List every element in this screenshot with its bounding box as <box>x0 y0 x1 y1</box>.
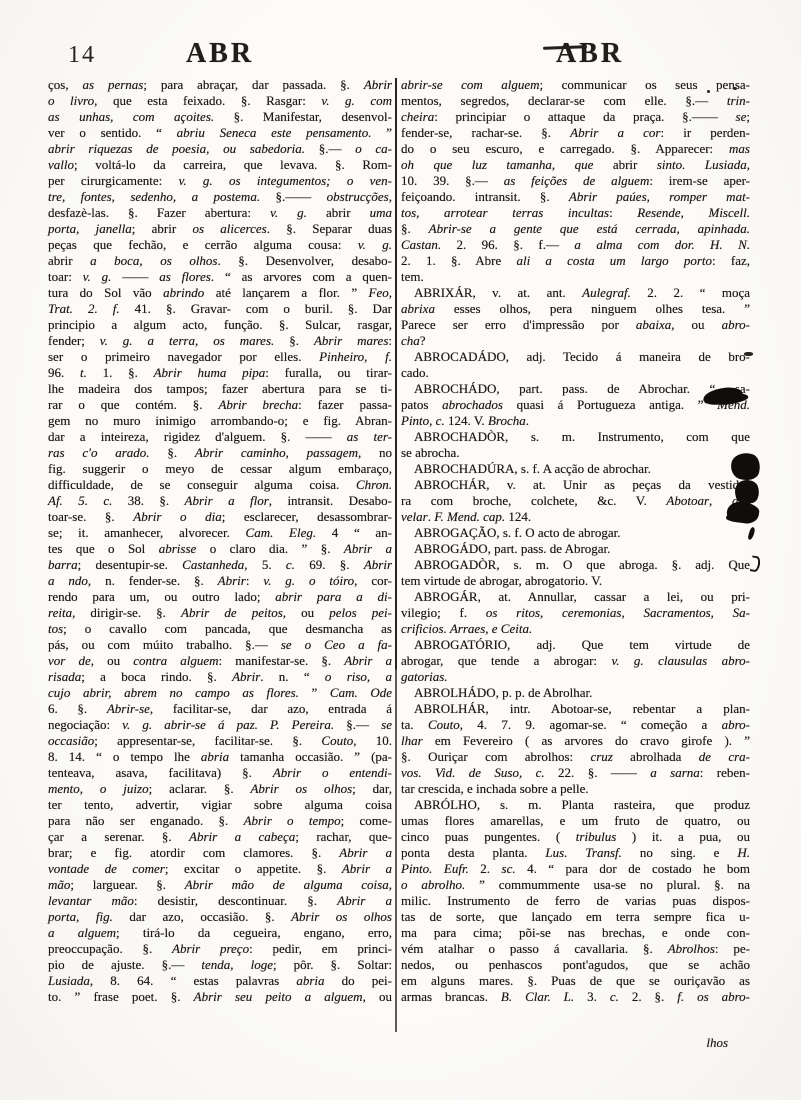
text-line: peças que fechão, e cerrão alguma cousa:… <box>48 237 392 253</box>
text-line: çar a serenar. §. Abrir a cabeça; rachar… <box>48 829 392 845</box>
text-line: Lusiada, 8. 64. “ estas palavras abria d… <box>48 973 392 989</box>
text-line: para não ser enganado. §. Abrir o tempo;… <box>48 813 392 829</box>
text-line: ABROGÁR, at. Annullar, cassar a lei, ou … <box>401 589 750 605</box>
text-line: patos abrochados quasi á Portugueza anti… <box>401 397 750 413</box>
text-column-right: abrir-se com alguem; communicar os seus … <box>401 77 750 1051</box>
text-line: tos; o cavallo com pancada, que desmanch… <box>48 621 392 637</box>
text-line: gem no muro inimigo arrombando-o; e fig.… <box>48 413 392 429</box>
text-line: abrir riquezas de poesia, ou sabedoria. … <box>48 141 392 157</box>
text-line: Castan. 2. 96. §. f.— a alma com dor. H.… <box>401 237 750 253</box>
text-line: pio de ajuste. §.— tenda, loge; pôr. §. … <box>48 957 392 973</box>
text-line: risada; a boca rindo. §. Abrir. n. “ o r… <box>48 669 392 685</box>
text-line: vos. Vid. de Suso, c. 22. §. —— a sarna:… <box>401 765 750 781</box>
text-line: desfazè-las. §. Fazer abertura: v. g. ab… <box>48 205 392 221</box>
catchword: lhos <box>401 1035 750 1051</box>
text-line: difficuldade, de se conseguir alguma coi… <box>48 477 392 493</box>
text-line: occasião; appresentar-se, facilitar-se. … <box>48 733 392 749</box>
text-line: tos, arrotear terras incultas: Resende, … <box>401 205 750 221</box>
text-line: tenteava, asava, facilitava) §. Abrir o … <box>48 765 392 781</box>
text-line: negociação: v. g. abrir-se á paz. P. Per… <box>48 717 392 733</box>
text-line: as unhas, com açoites. §. Manifestar, de… <box>48 109 392 125</box>
text-line: tem virtude de abrogar, abrogatorio. V. <box>401 573 750 589</box>
text-line: reita, dirigir-se. §. Abrir de peitos, o… <box>48 605 392 621</box>
text-line: tem. <box>401 269 750 285</box>
text-line: gatorias. <box>401 669 750 685</box>
text-line: ABRÓLHO, s. m. Planta rasteira, que prod… <box>401 797 750 813</box>
text-line: tre, fontes, sedenho, a postema. §.—— ob… <box>48 189 392 205</box>
text-line: Pinto. Eufr. 2. sc. 4. “ para dor de cos… <box>401 861 750 877</box>
text-line: ABROGÁDO, part. pass. de Abrogar. <box>401 541 750 557</box>
text-line: tura do Sol vão abrindo até lançarem a f… <box>48 285 392 301</box>
text-column-right-lines: abrir-se com alguem; communicar os seus … <box>401 77 750 1005</box>
text-line: vém atalhar o passo á cavallaria. §. Abr… <box>401 941 750 957</box>
ink-speck <box>707 90 710 93</box>
text-line: crificios. Arraes, e Ceita. <box>401 621 750 637</box>
page-number: 14 <box>68 42 96 69</box>
text-line: lhe madeira dos tampos; fazer abertura p… <box>48 381 392 397</box>
text-line: ABROCHÁR, v. at. Unir as peças da vestid… <box>401 477 750 493</box>
text-line: em alguns mares. §. Puas de que se ouriç… <box>401 973 750 989</box>
text-line: toar-se. §. Abrir o dia; esclarecer, des… <box>48 509 392 525</box>
text-line: cinco puas pungentes. ( tribulus ) it. a… <box>401 829 750 845</box>
text-line: per cirurgicamente: v. g. os integumento… <box>48 173 392 189</box>
text-line: ta. Couto, 4. 7. 9. agomar-se. “ começão… <box>401 717 750 733</box>
text-line: Trat. 2. f. 41. §. Gravar- com o buril. … <box>48 301 392 317</box>
text-line: 10. 39. §.— as feições de alguem: irem-s… <box>401 173 750 189</box>
text-line: mento, o juizo; aclarar. §. Abrir os olh… <box>48 781 392 797</box>
dictionary-page-scan: 14 ABR ABR ços, as pernas; para abraçar,… <box>0 0 801 1100</box>
text-line: 8. 14. “ o tempo lhe abria tamanha occas… <box>48 749 392 765</box>
text-line: mentos, segredos, declarar-se com elle. … <box>401 93 750 109</box>
text-line: dar a inteireza, rigidez d'alguem. §. ——… <box>48 429 392 445</box>
text-line: tar crescida, e inchada sobre a pelle. <box>401 781 750 797</box>
text-line: ponta desta planta. Lus. Transf. no sing… <box>401 845 750 861</box>
text-line: ABROCHÁDO, part. pass. de Abrochar. “ sa… <box>401 381 750 397</box>
text-line: Pinto, c. 124. V. Brocha. <box>401 413 750 429</box>
text-line: abrir-se com alguem; communicar os seus … <box>401 77 750 93</box>
text-line: cujo abrir, abrem no campo as flores. ” … <box>48 685 392 701</box>
text-line: se; it. amanhecer, alvorecer. Cam. Eleg.… <box>48 525 392 541</box>
text-line: ABROGADÒR, s. m. O que abroga. §. adj. Q… <box>401 557 750 573</box>
text-line: Parece ser erro d'impressão por abaixa, … <box>401 317 750 333</box>
text-line: brar; e fig. atordir com clamores. §. Ab… <box>48 845 392 861</box>
text-line: feiçoando. intransit. §. Abrir paúes, ro… <box>401 189 750 205</box>
text-line: ras c'o arado. §. Abrir caminho, passage… <box>48 445 392 461</box>
text-line: abrixa esses olhos, pera ninguem olhes t… <box>401 301 750 317</box>
text-line: rar o que contém. §. Abrir brecha: fazer… <box>48 397 392 413</box>
text-line: §. Ouriçar com abrolhos: cruz abrolhada … <box>401 749 750 765</box>
text-line: fender-se, rachar-se. §. Abrir a cor: ir… <box>401 125 750 141</box>
text-line: lhar em Fevereiro ( as arvores do cravo … <box>401 733 750 749</box>
text-line: cha? <box>401 333 750 349</box>
text-line: toar: v. g. —— as flores. “ as arvores c… <box>48 269 392 285</box>
text-line: ABROLHÁR, intr. Abotoar-se, rebentar a p… <box>401 701 750 717</box>
text-line: ter tento, advertir, vigiar sobre alguma… <box>48 797 392 813</box>
text-line: vallo; voltá-lo da carreira, que levava.… <box>48 157 392 173</box>
text-line: levantar mão: desistir, descontinuar. §.… <box>48 893 392 909</box>
text-line: ABROCHADÚRA, s. f. A acção de abrochar. <box>401 461 750 477</box>
text-line: o abrolho. ” commummente usa-se no plura… <box>401 877 750 893</box>
text-line: nedos, ou penhascos pont'agudos, que se … <box>401 957 750 973</box>
text-line: milic. Instrumento de ferro de varias pu… <box>401 893 750 909</box>
text-line: abrir a boca, os olhos. §. Desenvolver, … <box>48 253 392 269</box>
ink-speck <box>744 352 753 356</box>
text-line: 6. §. Abrir-se, facilitar-se, dar azo, e… <box>48 701 392 717</box>
text-line: rendo para um, ou outro lado; abrir para… <box>48 589 392 605</box>
text-line: barra; desentupir-se. Castanheda, 5. c. … <box>48 557 392 573</box>
text-line: ser o primeiro navegador por elles. Pinh… <box>48 349 392 365</box>
text-line: vilegio; f. os ritos, ceremonias, Sacram… <box>401 605 750 621</box>
running-head-left: ABR <box>145 38 295 70</box>
text-line: ABRIXÁR, v. at. ant. Aulegraf. 2. 2. “ m… <box>401 285 750 301</box>
text-line: fig. suggerir o meyo de cessar algum emb… <box>48 461 392 477</box>
text-line: principio a algum acto, função. §. Sulca… <box>48 317 392 333</box>
text-line: ABROCADÁDO, adj. Tecido á maneira de bro… <box>401 349 750 365</box>
text-line: §. Abrir-se a gente que está cerrada, ap… <box>401 221 750 237</box>
text-line: ABROGAÇÃO, s. f. O acto de abrogar. <box>401 525 750 541</box>
text-line: oh que luz tamanha, que abrir sinto. Lus… <box>401 157 750 173</box>
text-line: cado. <box>401 365 750 381</box>
text-line: vor de, ou contra alguem: manifestar-se.… <box>48 653 392 669</box>
text-line: 96. t. 1. §. Abrir huma pipa: furalla, o… <box>48 365 392 381</box>
text-line: o livro, que esta feixado. §. Rasgar: v.… <box>48 93 392 109</box>
text-line: Af. 5. c. 38. §. Abrir a flor, intransit… <box>48 493 392 509</box>
text-line: ma para cima; põi-se nas brechas, e onde… <box>401 925 750 941</box>
text-line: se abrocha. <box>401 445 750 461</box>
text-line: pás, ou com múito trabalho. §.— se o Ceo… <box>48 637 392 653</box>
text-line: cheira: principiar o attaque da praça. §… <box>401 109 750 125</box>
text-line: armas brancas. B. Clar. L. 3. c. 2. §. f… <box>401 989 750 1005</box>
text-line: porta, fig. dar azo, occasião. §. Abrir … <box>48 909 392 925</box>
text-line: umas flores amarellas, e um fruto de qua… <box>401 813 750 829</box>
text-line: ABROGATÓRIO, adj. Que tem virtude de <box>401 637 750 653</box>
text-line: ABROCHADÒR, s. m. Instrumento, com que <box>401 429 750 445</box>
ink-speck <box>733 87 737 90</box>
text-line: do o seu escuro, e carregado. §. Apparec… <box>401 141 750 157</box>
text-line: tes que o Sol abrisse o claro dia. ” §. … <box>48 541 392 557</box>
text-line: ços, as pernas; para abraçar, dar passad… <box>48 77 392 93</box>
text-line: preoccupação. §. Abrir preço: pedir, em … <box>48 941 392 957</box>
text-line: porta, janella; abrir os alicerces. §. S… <box>48 221 392 237</box>
text-line: mão; larguear. §. Abrir mão de alguma co… <box>48 877 392 893</box>
text-line: a alguem; tirá-lo da cegueira, engano, e… <box>48 925 392 941</box>
text-column-left: ços, as pernas; para abraçar, dar passad… <box>48 77 392 1005</box>
text-line: vontade de comer; excitar o appetite. §.… <box>48 861 392 877</box>
column-divider-rule <box>395 78 397 1032</box>
text-line: ABROLHÁDO, p. p. de Abrolhar. <box>401 685 750 701</box>
text-line: abrogar, que tende a abrogar: v. g. clau… <box>401 653 750 669</box>
text-line: fender; v. g. a terra, os mares. §. Abri… <box>48 333 392 349</box>
text-line: ra com broche, colchete, &c. V. Abotoar,… <box>401 493 750 509</box>
text-line: 2. 1. §. Abre ali a costa um largo porto… <box>401 253 750 269</box>
ink-blot <box>750 555 762 572</box>
text-line: ver o sentido. “ abriu Seneca este pensa… <box>48 125 392 141</box>
text-line: a ndo, n. fender-se. §. Abrir: v. g. o t… <box>48 573 392 589</box>
text-line: velar. F. Mend. cap. 124. <box>401 509 750 525</box>
text-line: tas de sorte, que lançado em terra sempr… <box>401 909 750 925</box>
running-head-right: ABR <box>515 38 665 70</box>
text-line: to. ” frase poet. §. Abrir seu peito a a… <box>48 989 392 1005</box>
